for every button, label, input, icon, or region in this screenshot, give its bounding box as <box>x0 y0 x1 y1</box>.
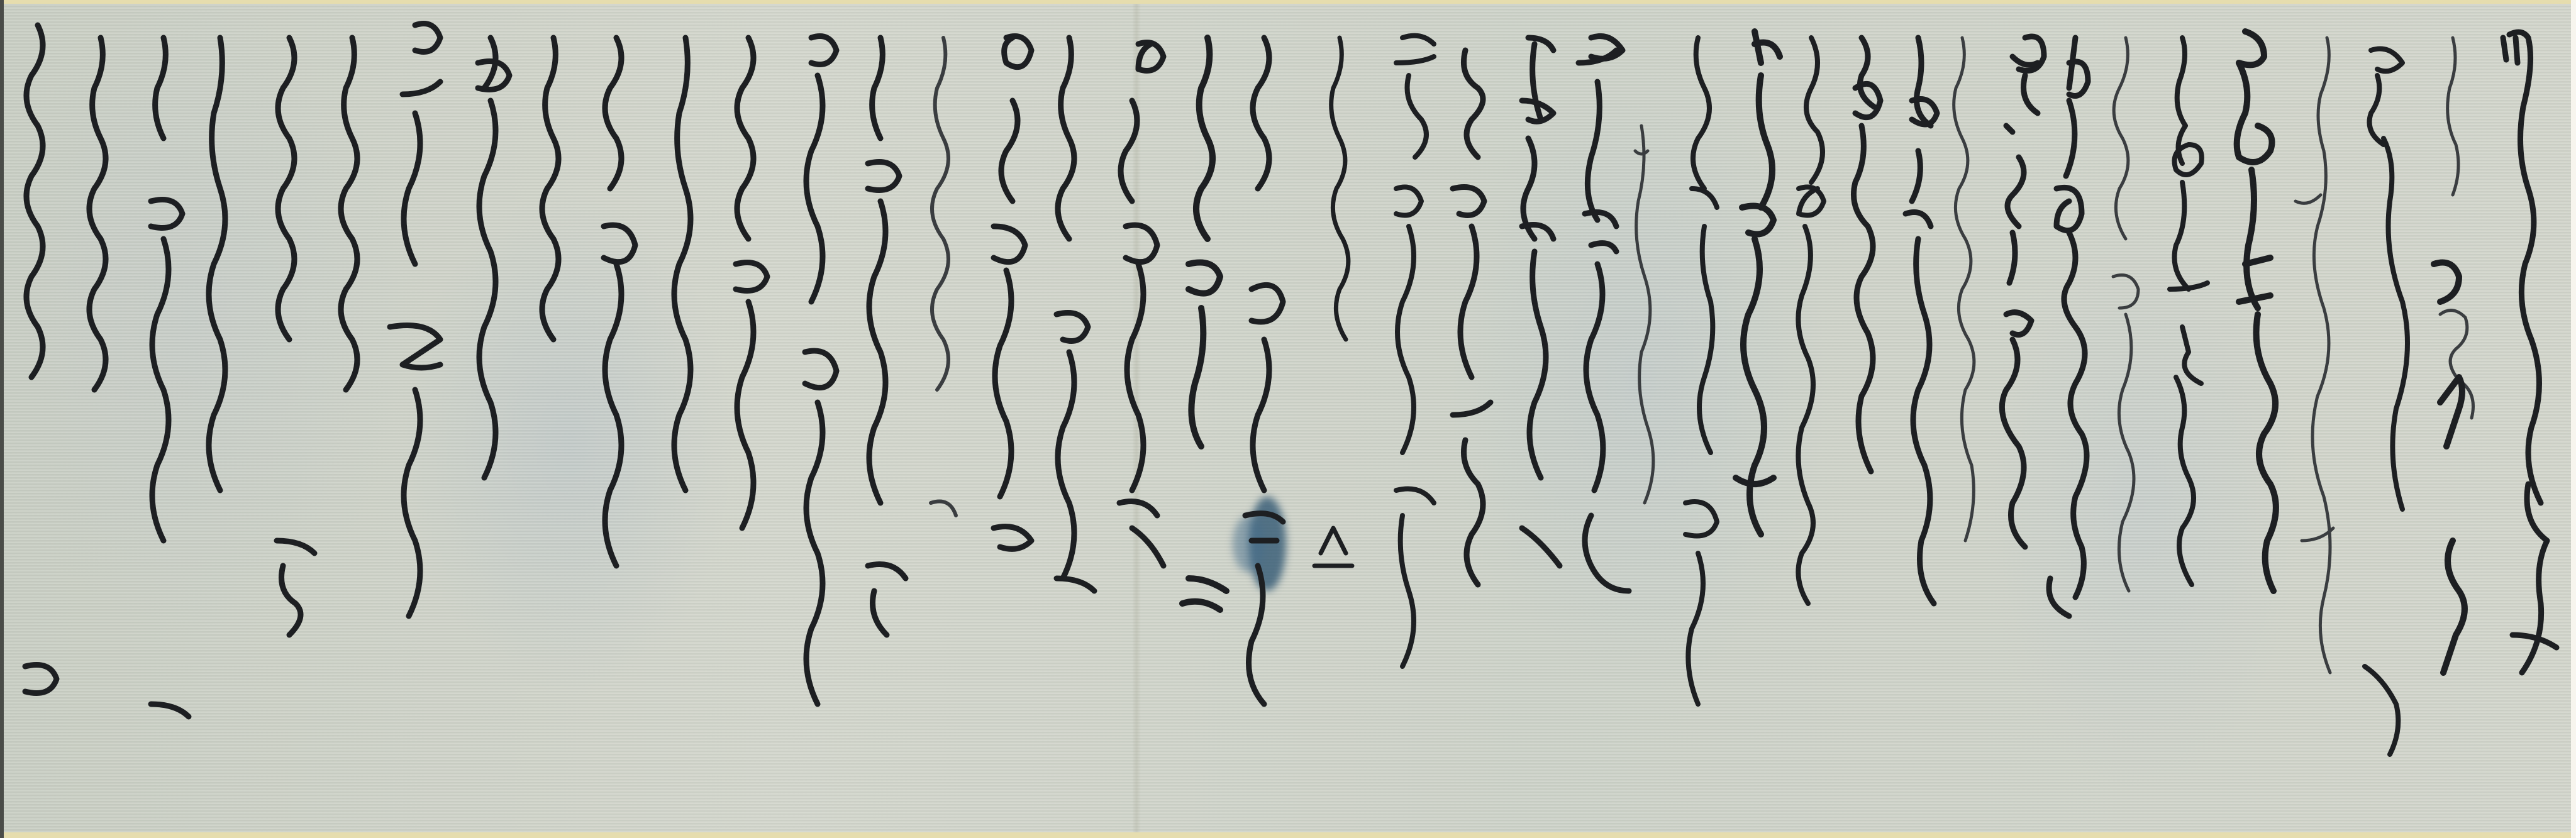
column-10 <box>1954 38 1974 541</box>
column-16 <box>1635 126 1653 503</box>
column-20 <box>1396 36 1434 666</box>
column-21 <box>1314 38 1352 566</box>
column-6 <box>2170 38 2207 585</box>
column-3 <box>2365 49 2407 755</box>
column-14 <box>1736 31 1780 534</box>
column-30 <box>25 24 767 717</box>
column-18 <box>1522 38 1560 566</box>
column-25 <box>1057 38 1094 591</box>
column-17 <box>1579 36 1629 592</box>
column-9 <box>2002 36 2044 547</box>
column-15 <box>1685 38 1717 704</box>
column-26 <box>994 36 1031 549</box>
column-7 <box>2113 38 2138 591</box>
column-13 <box>1798 38 1824 604</box>
column-22 <box>1245 38 1283 704</box>
calligraphy-strokes <box>0 0 2576 838</box>
column-4 <box>2296 38 2333 673</box>
column-5 <box>2237 31 2276 591</box>
document-scroll: Japanese cursive calligraphy in sumi ink… <box>0 0 2576 838</box>
column-29 <box>805 36 836 705</box>
column-8 <box>2049 38 2088 616</box>
column-19 <box>1453 50 1491 585</box>
column-1 <box>2503 32 2557 673</box>
column-27 <box>931 38 956 515</box>
column-2 <box>2440 38 2473 418</box>
column-23 <box>1182 38 1226 610</box>
column-28 <box>868 38 906 635</box>
column-24 <box>1119 43 1163 566</box>
column-11 <box>1906 38 1937 604</box>
column-12 <box>1854 38 1881 471</box>
